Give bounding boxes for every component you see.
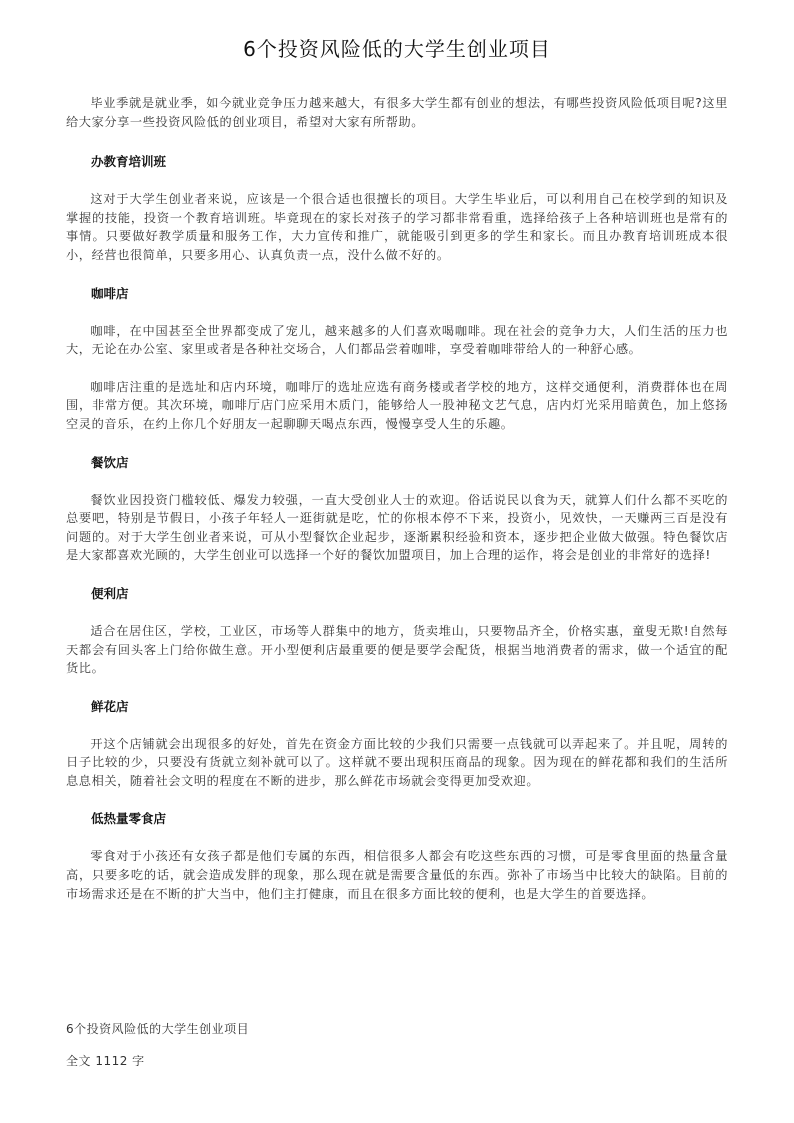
document-page: 6个投资风险低的大学生创业项目 毕业季就是就业季，如今就业竞争压力越来越大，有很…: [0, 0, 794, 1123]
section-heading: 办教育培训班: [91, 153, 728, 171]
section-paragraph: 零食对于小孩还有女孩子都是他们专属的东西，相信很多人都会有吃这些东西的习惯，可是…: [66, 847, 728, 903]
section-coffee-shop: 咖啡店 咖啡，在中国甚至全世界都变成了宠儿，越来越多的人们喜欢喝咖啡。现在社会的…: [66, 285, 728, 434]
section-heading: 低热量零食店: [91, 810, 728, 828]
section-heading: 餐饮店: [91, 454, 728, 472]
section-paragraph: 咖啡店注重的是选址和店内环境，咖啡厅的选址应选有商务楼或者学校的地方，这样交通便…: [66, 378, 728, 434]
footer-word-count: 全文 1112 字: [66, 1052, 249, 1070]
section-heading: 鲜花店: [91, 698, 728, 716]
section-education-training: 办教育培训班 这对于大学生创业者来说，应该是一个很合适也很擅长的项目。大学生毕业…: [66, 153, 728, 264]
section-convenience-store: 便利店 适合在居住区，学校，工业区，市场等人群集中的地方，货卖堆山，只要物品齐全…: [66, 585, 728, 678]
section-paragraph: 餐饮业因投资门槛较低、爆发力较强，一直大受创业人士的欢迎。俗话说民以食为天，就算…: [66, 491, 728, 565]
document-footer: 6个投资风险低的大学生创业项目 全文 1112 字: [66, 1020, 249, 1084]
footer-doc-title: 6个投资风险低的大学生创业项目: [66, 1020, 249, 1038]
intro-paragraph: 毕业季就是就业季，如今就业竞争压力越来越大，有很多大学生都有创业的想法，有哪些投…: [66, 94, 728, 131]
section-flower-shop: 鲜花店 开这个店铺就会出现很多的好处，首先在资金方面比较的少我们只需要一点钱就可…: [66, 698, 728, 791]
section-low-calorie-snacks: 低热量零食店 零食对于小孩还有女孩子都是他们专属的东西，相信很多人都会有吃这些东…: [66, 810, 728, 903]
section-heading: 咖啡店: [91, 285, 728, 303]
section-heading: 便利店: [91, 585, 728, 603]
section-paragraph: 这对于大学生创业者来说，应该是一个很合适也很擅长的项目。大学生毕业后，可以利用自…: [66, 190, 728, 264]
section-paragraph: 适合在居住区，学校，工业区，市场等人群集中的地方，货卖堆山，只要物品齐全，价格实…: [66, 622, 728, 678]
page-title: 6个投资风险低的大学生创业项目: [0, 33, 794, 62]
document-body: 毕业季就是就业季，如今就业竞争压力越来越大，有很多大学生都有创业的想法，有哪些投…: [66, 94, 728, 922]
section-paragraph: 咖啡，在中国甚至全世界都变成了宠儿，越来越多的人们喜欢喝咖啡。现在社会的竞争力大…: [66, 322, 728, 359]
section-paragraph: 开这个店铺就会出现很多的好处，首先在资金方面比较的少我们只需要一点钱就可以弄起来…: [66, 735, 728, 791]
section-restaurant: 餐饮店 餐饮业因投资门槛较低、爆发力较强，一直大受创业人士的欢迎。俗话说民以食为…: [66, 454, 728, 565]
